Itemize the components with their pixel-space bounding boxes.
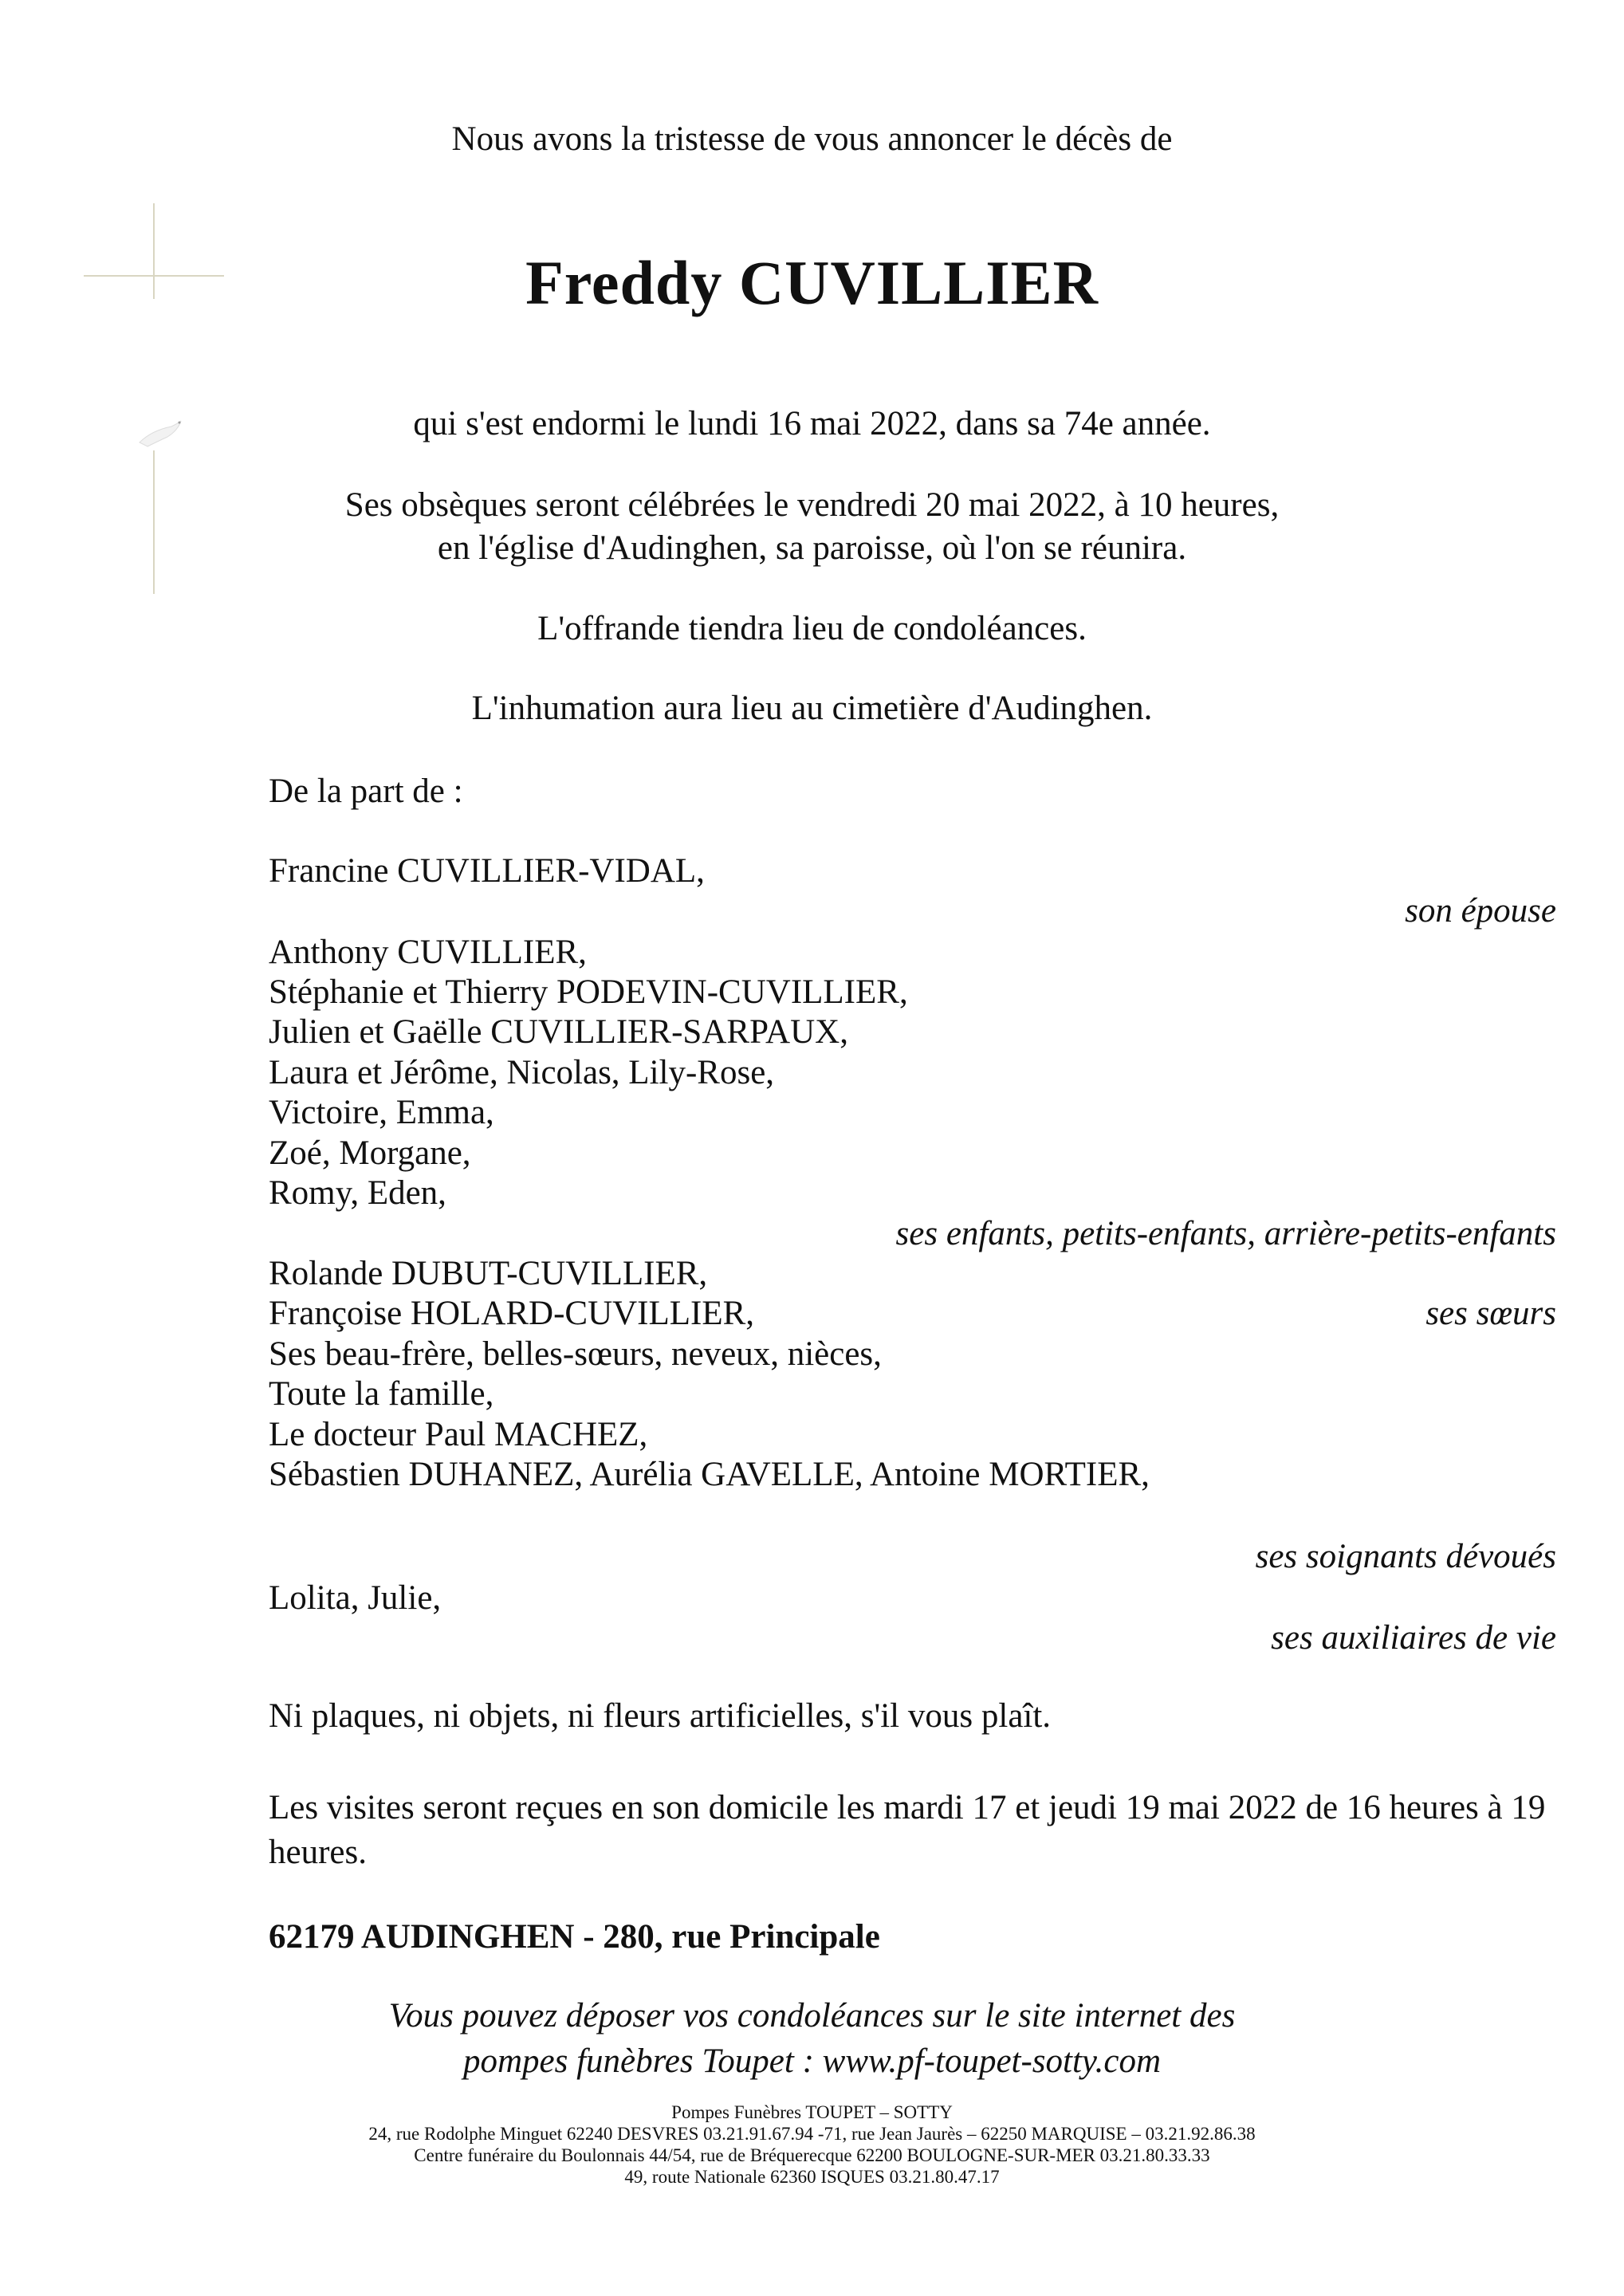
burial-text: L'inhumation aura lieu au cimetière d'Au…	[0, 687, 1624, 730]
family-line: Julien et Gaëlle CUVILLIER-SARPAUX,	[269, 1012, 848, 1052]
offering-text: L'offrande tiendra lieu de condoléances.	[0, 607, 1624, 651]
funeral-info: Ses obsèques seront célébrées le vendred…	[0, 484, 1624, 570]
family-line: Sébastien DUHANEZ, Aurélia GAVELLE, Anto…	[269, 1455, 1150, 1494]
family-header: De la part de :	[269, 772, 1556, 811]
family-line: Francine CUVILLIER-VIDAL,	[269, 851, 705, 890]
footer-address-1: 24, rue Rodolphe Minguet 62240 DESVRES 0…	[0, 2123, 1624, 2145]
funeral-home-footer: Pompes Funèbres TOUPET – SOTTY 24, rue R…	[0, 2101, 1624, 2188]
role-caregivers: ses soignants dévoués	[1256, 1537, 1556, 1576]
family-line: Françoise HOLARD-CUVILLIER,	[269, 1294, 754, 1333]
role-spouse: son épouse	[1405, 891, 1556, 930]
condolences-info: Vous pouvez déposer vos condoléances sur…	[0, 1993, 1624, 2084]
role-children: ses enfants, petits-enfants, arrière-pet…	[896, 1214, 1556, 1253]
intro-text: Nous avons la tristesse de vous annoncer…	[0, 120, 1624, 159]
funeral-line-2: en l'église d'Audinghen, sa paroisse, où…	[0, 527, 1624, 570]
family-line: Laura et Jérôme, Nicolas, Lily-Rose,	[269, 1053, 774, 1092]
family-line: Toute la famille,	[269, 1374, 493, 1413]
family-line: Lolita, Julie,	[269, 1578, 441, 1618]
family-line: Stéphanie et Thierry PODEVIN-CUVILLIER,	[269, 973, 908, 1012]
home-address: 62179 AUDINGHEN - 280, rue Principale	[269, 1917, 880, 1956]
role-sisters: ses sœurs	[1425, 1294, 1556, 1333]
footer-company: Pompes Funèbres TOUPET – SOTTY	[0, 2101, 1624, 2123]
death-line: qui s'est endormi le lundi 16 mai 2022, …	[0, 403, 1624, 446]
condolences-line-1: Vous pouvez déposer vos condoléances sur…	[0, 1993, 1624, 2038]
deceased-name: Freddy CUVILLIER	[0, 247, 1624, 319]
footer-address-3: 49, route Nationale 62360 ISQUES 03.21.8…	[0, 2166, 1624, 2188]
visits-notice: Les visites seront reçues en son domicil…	[269, 1786, 1576, 1875]
family-line: Zoé, Morgane,	[269, 1134, 471, 1173]
family-line: Romy, Eden,	[269, 1174, 446, 1213]
family-line: Le docteur Paul MACHEZ,	[269, 1415, 647, 1454]
family-line: Rolande DUBUT-CUVILLIER,	[269, 1254, 707, 1293]
family-line: Ses beau-frère, belles-sœurs, neveux, ni…	[269, 1335, 882, 1374]
family-line: Anthony CUVILLIER,	[269, 933, 587, 972]
family-line: Victoire, Emma,	[269, 1093, 494, 1132]
funeral-line-1: Ses obsèques seront célébrées le vendred…	[0, 484, 1624, 527]
footer-address-2: Centre funéraire du Boulonnais 44/54, ru…	[0, 2145, 1624, 2166]
no-flowers-notice: Ni plaques, ni objets, ni fleurs artific…	[269, 1694, 1576, 1739]
condolences-line-2[interactable]: pompes funèbres Toupet : www.pf-toupet-s…	[0, 2038, 1624, 2084]
role-assistants: ses auxiliaires de vie	[1271, 1618, 1556, 1657]
